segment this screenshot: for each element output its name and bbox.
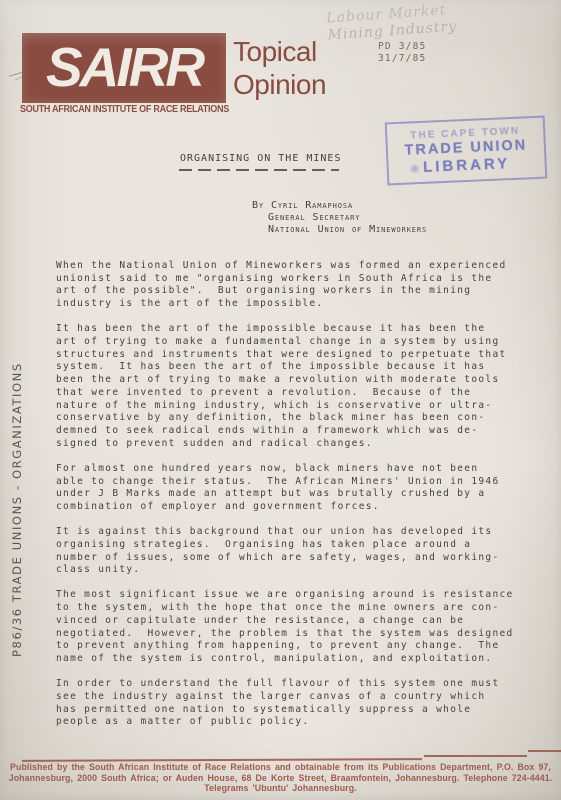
masthead-line-1: Topical [233,35,326,68]
footer-line-2: Johannesburg, 2000 South Africa; or Aude… [0,773,561,784]
byline-role: General Secretary [268,212,360,223]
handwritten-margin-note: P86/36 TRADE UNIONS - ORGANIZATIONS [10,292,24,657]
reference-code: PD 3/85 [378,41,426,53]
footer-rule [528,750,561,752]
publisher-footer: Published by the South African Institute… [0,762,561,794]
sairr-logo-text: SAIRR [46,32,202,102]
byline-author: By Cyril Ramaphosa [252,200,353,211]
sairr-logo: SAIRR [22,33,226,103]
document-title: ORGANISING ON THE MINES [180,153,341,164]
paragraph: The most significant issue we are organi… [56,589,546,665]
paragraph: In order to understand the full flavour … [56,678,546,729]
reference-block: PD 3/85 31/7/85 [378,41,426,65]
library-stamp: THE CAPE TOWN TRADE UNION LIBRARY [385,116,548,186]
paragraph: It is against this background that our u… [56,526,546,577]
paragraph: When the National Union of Mineworkers w… [56,260,546,311]
paragraph: For almost one hundred years now, black … [56,463,546,514]
reference-date: 31/7/85 [378,53,426,65]
stamp-line-3: LIBRARY [423,155,511,176]
title-underline [179,169,339,171]
stamp-ink-smudge [411,165,419,172]
document-body: When the National Union of Mineworkers w… [56,260,546,742]
footer-rule [424,755,527,757]
footer-rule [22,758,422,761]
footer-line-1: Published by the South African Institute… [0,762,561,773]
masthead-line-2: Opinion [233,68,326,101]
institute-name: SOUTH AFRICAN INSTITUTE OF RACE RELATION… [20,104,236,115]
footer-line-3: Telegrams 'Ubuntu' Johannesburg. [0,783,561,794]
handwritten-pencil-note: Labour Market Mining Industry [326,2,458,45]
byline-organisation: National Union of Mineworkers [268,224,427,235]
masthead-title: Topical Opinion [233,35,326,101]
scanned-document-page: SAIRR SOUTH AFRICAN INSTITUTE OF RACE RE… [0,0,561,800]
paragraph: It has been the art of the impossible be… [56,323,546,450]
